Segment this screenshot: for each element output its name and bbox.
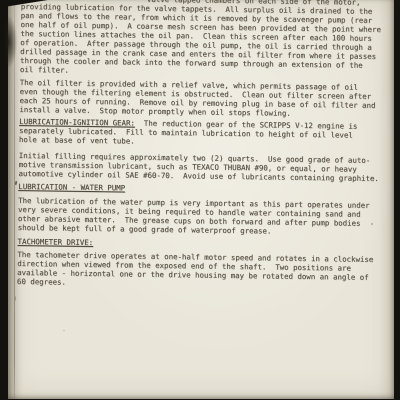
section-tachometer-heading-row: TACHOMETER DRIVE: [17, 237, 389, 251]
section-tachometer-body: The tachometer drive operates at one-hal… [17, 250, 389, 291]
text-line: LUBRICATION - WATER PUMP [18, 182, 390, 196]
paragraph-initial-filling: Initial filling requires approximately t… [18, 151, 390, 183]
section-ignition-gear-body: separately lubricated. Fill to maintain … [19, 126, 391, 149]
paper-page: valve tapped chambers on each side of th… [8, 0, 394, 399]
paper-speck [63, 330, 65, 331]
typewritten-text-block: valve tapped chambers on each side of th… [17, 0, 393, 291]
paragraph-oil-circulation: providing lubrication for the valve tapp… [20, 2, 393, 79]
paragraph-oil-filter: The oil filter is provided with a relief… [19, 78, 391, 119]
section-heading-water-pump: LUBRICATION - WATER PUMP [18, 182, 125, 192]
scanned-document: valve tapped chambers on each side of th… [0, 0, 400, 400]
section-heading-tachometer-drive: TACHOMETER DRIVE: [17, 237, 93, 247]
stray-ink-mark [15, 181, 18, 185]
stray-ink-mark [15, 296, 16, 301]
torn-edge-smudge [5, 16, 17, 68]
section-water-pump-body: The lubrication of the water pump is ver… [18, 196, 390, 237]
paper-speck [371, 223, 373, 225]
section-ignition-gear: LUBRICATION-IGNITION GEAR: The reduction… [19, 117, 391, 149]
section-water-pump-heading-row: LUBRICATION - WATER PUMP [18, 182, 390, 196]
text-line: TACHOMETER DRIVE: [17, 237, 389, 251]
